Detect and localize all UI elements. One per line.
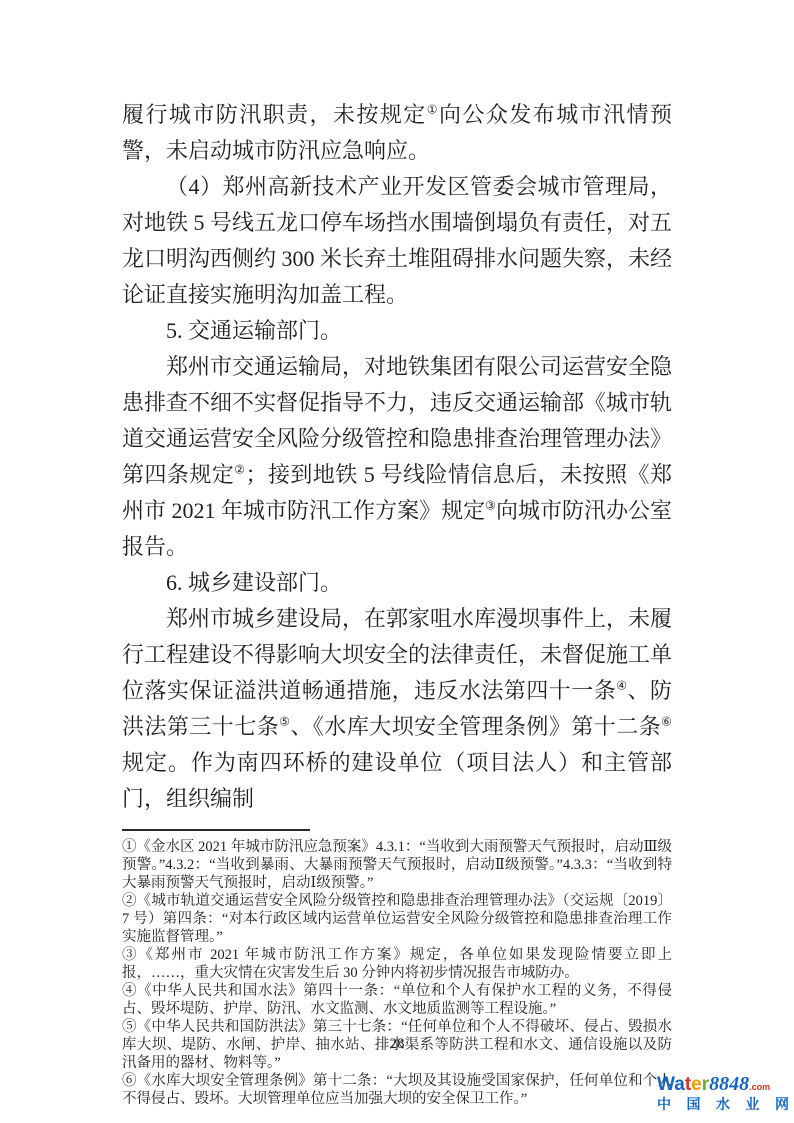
body-paragraph: 郑州市城乡建设局，在郭家咀水库漫坝事件上，未履行工程建设不得影响大坝安全的法律责… <box>122 601 672 817</box>
footnote-marker: ④ <box>616 679 627 693</box>
page-content: 履行城市防汛职责，未按规定①向公众发布城市汛情预警，未启动城市防汛应急响应。（4… <box>122 97 672 1108</box>
brand-letter: W <box>657 1074 674 1095</box>
footnote-item: ②《城市轨道交通运营安全风险分级管控和隐患排查治理管理办法》（交运规〔2019〕… <box>122 892 672 946</box>
body-paragraph: 5. 交通运输部门。 <box>122 313 672 349</box>
footnote-item: ⑥《水库大坝安全管理条例》第十二条：“大坝及其设施受国家保护，任何单位和个人不得… <box>122 1072 672 1108</box>
brand-subtitle-chinese: 中国水业网 <box>657 1097 789 1111</box>
body-paragraph: （4）郑州高新技术产业开发区管委会城市管理局，对地铁 5 号线五龙口停车场挡水围… <box>122 169 672 313</box>
footnote-item: ④《中华人民共和国水法》第四十一条：“单位和个人有保护水工程的义务，不得侵占、毁… <box>122 982 672 1018</box>
brand-subtitle-char: 水 <box>716 1097 730 1111</box>
water8848-wordmark: Water8848.com <box>657 1074 789 1094</box>
footnote-separator <box>122 829 310 831</box>
brand-subtitle-char: 网 <box>775 1097 789 1111</box>
brand-letter: r <box>702 1074 709 1095</box>
page-number: 28 <box>0 1036 794 1053</box>
footnote-item: ③《郑州市 2021 年城市防汛工作方案》规定，各单位如果发现险情要立即上报，…… <box>122 946 672 982</box>
brand-subtitle-char: 国 <box>687 1097 701 1111</box>
footnote-marker: ② <box>234 463 245 477</box>
brand-subtitle-char: 中 <box>657 1097 671 1111</box>
footnote-marker: ⑥ <box>661 715 672 729</box>
body-paragraph: 郑州市交通运输局，对地铁集团有限公司运营安全隐患排查不细不实督促指导不力，违反交… <box>122 349 672 565</box>
water8848-logo: Water8848.com 中国水业网 <box>657 1074 789 1111</box>
brand-number-8848: 8848 <box>709 1073 749 1095</box>
document-page: 履行城市防汛职责，未按规定①向公众发布城市汛情预警，未启动城市防汛应急响应。（4… <box>0 0 794 1123</box>
body-paragraph: 6. 城乡建设部门。 <box>122 565 672 601</box>
brand-letter: a <box>674 1074 685 1095</box>
footnote-marker: ⑤ <box>279 715 290 729</box>
footnote-marker: ③ <box>485 499 496 513</box>
body-text: 履行城市防汛职责，未按规定①向公众发布城市汛情预警，未启动城市防汛应急响应。（4… <box>122 97 672 817</box>
brand-tld-com: .com <box>749 1082 770 1092</box>
footnote-marker: ① <box>427 103 439 117</box>
footnote-item: ①《金水区 2021 年城市防汛应急预案》4.3.1：“当收到大雨预警天气预报时… <box>122 838 672 892</box>
brand-subtitle-char: 业 <box>746 1097 760 1111</box>
brand-word-water: Water <box>657 1074 709 1095</box>
body-paragraph: 履行城市防汛职责，未按规定①向公众发布城市汛情预警，未启动城市防汛应急响应。 <box>122 97 672 169</box>
footnotes: ①《金水区 2021 年城市防汛应急预案》4.3.1：“当收到大雨预警天气预报时… <box>122 838 672 1108</box>
brand-letter: e <box>691 1074 702 1095</box>
